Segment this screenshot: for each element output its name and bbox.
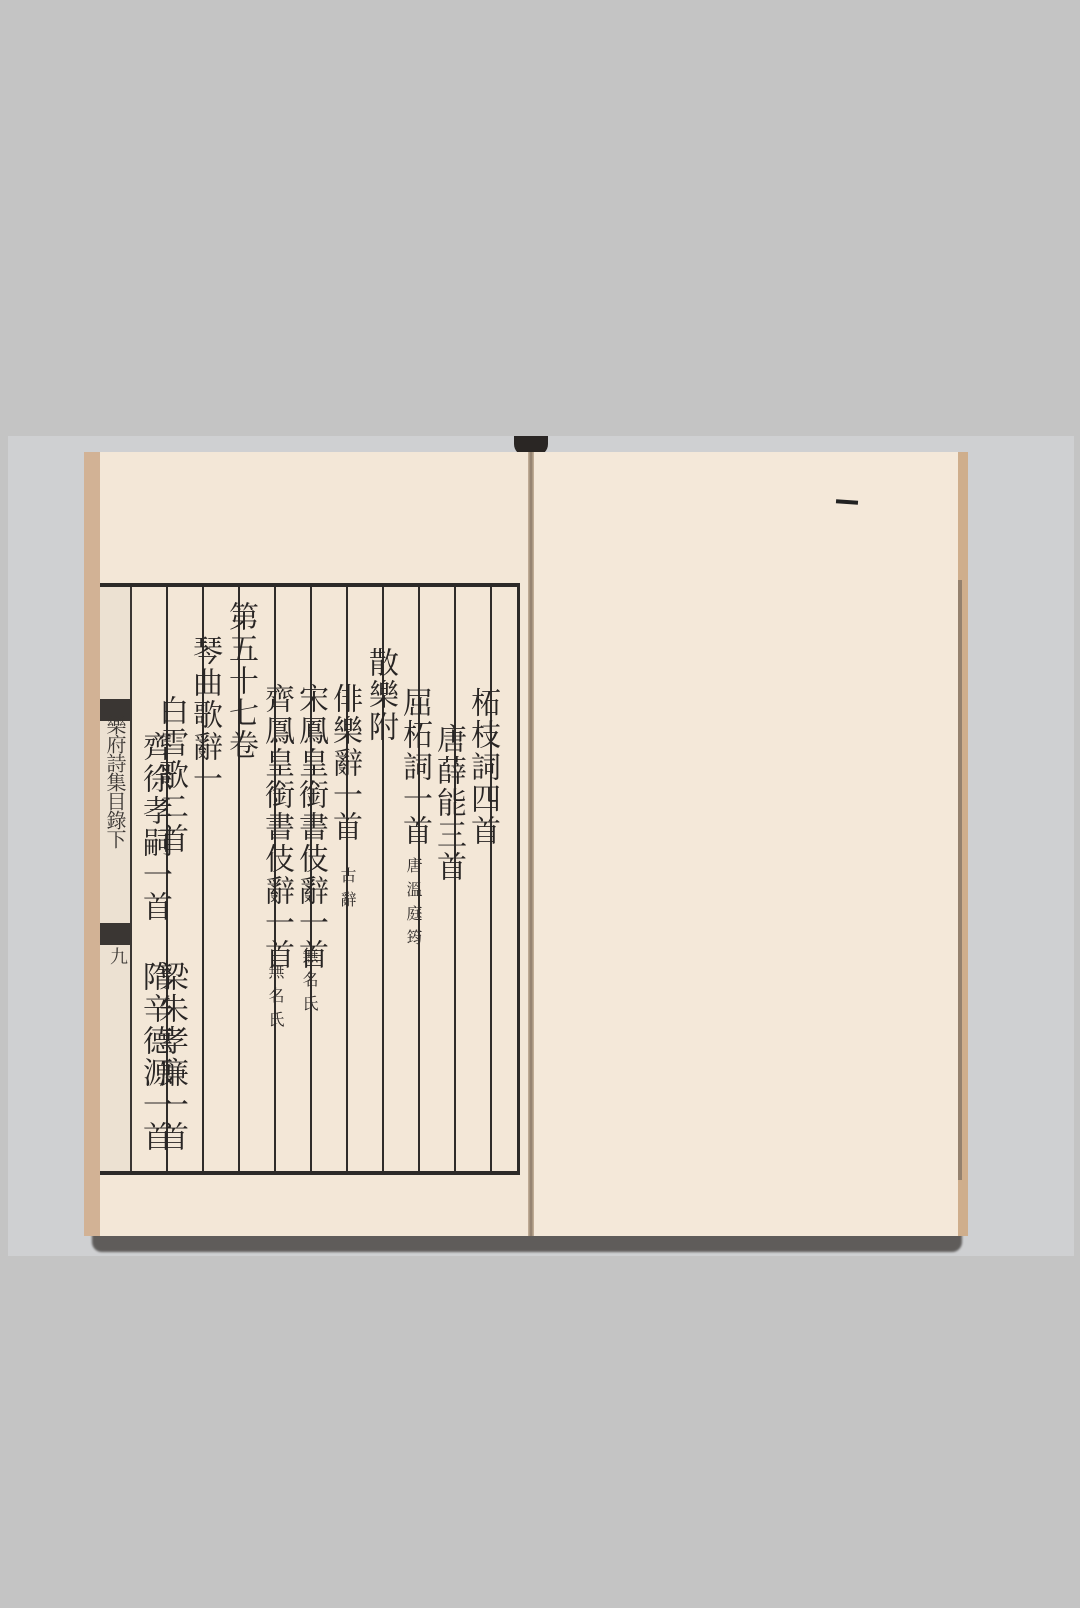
center-column: 樂府詩集目錄下 九	[100, 587, 132, 1171]
book-gutter	[528, 452, 534, 1236]
author-note: 無名氏	[298, 947, 321, 1019]
toc-entry: 齊鳳皇銜書伎辭一首	[258, 683, 294, 971]
fish-tail-mark-bottom	[100, 923, 130, 945]
book-title: 樂府詩集目錄下	[102, 715, 128, 848]
toc-entry: 齊徐孝嗣一首	[136, 731, 172, 923]
author-note: 無名氏	[264, 963, 287, 1035]
page-edge	[958, 580, 962, 1180]
section-heading: 散樂附	[362, 647, 398, 743]
toc-entry: 屈柘詞一首	[396, 687, 432, 847]
toc-entry: 俳樂辭一首	[326, 683, 362, 843]
page-number: 九	[104, 947, 130, 965]
printed-block: 樂府詩集目錄下 九 柘枝詞四首 唐薛能三首 屈柘詞一首 唐溫庭筠 散樂附 俳樂辭…	[100, 583, 520, 1175]
author-note: 唐溫庭筠	[402, 857, 425, 953]
right-page	[532, 452, 968, 1236]
toc-entry: 柘枝詞四首	[464, 687, 500, 847]
author-note: 古辭	[336, 867, 359, 915]
toc-entry: 隋辛德源一首	[136, 961, 172, 1153]
toc-entry: 宋鳳皇銜書伎辭一首	[292, 683, 328, 971]
volume-heading: 第五十七卷	[222, 601, 258, 761]
section-heading: 琴曲歌辭一	[186, 635, 222, 795]
column-rule	[490, 587, 492, 1171]
toc-entry: 唐薛能三首	[430, 723, 466, 883]
